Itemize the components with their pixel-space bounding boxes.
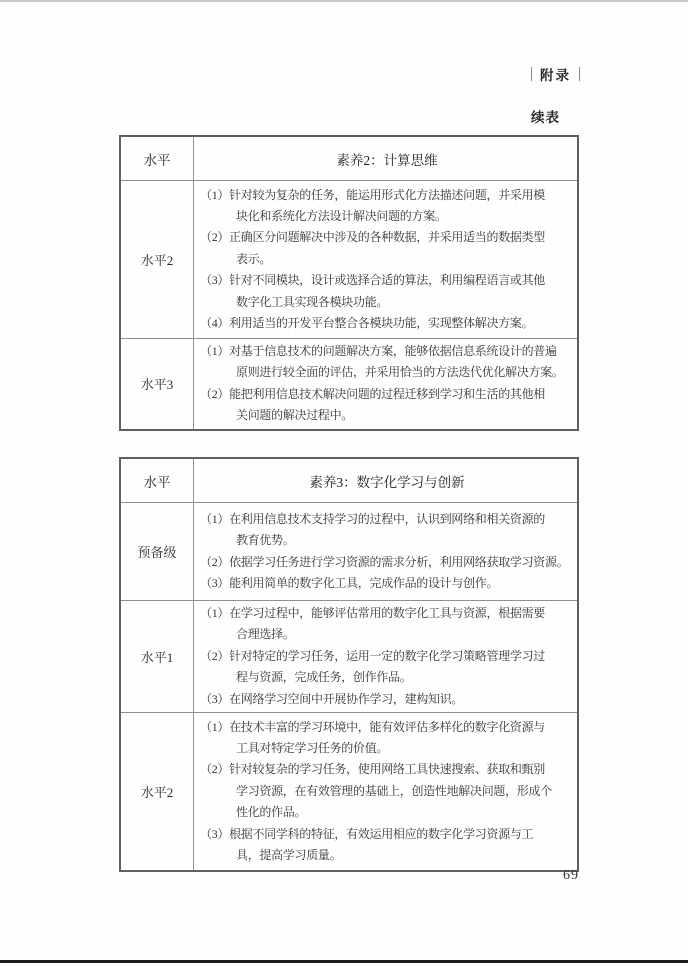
description-item: （3）针对不同模块，设计或选择合适的算法，利用编程语言或其他 数字化工具实现各模… bbox=[200, 270, 574, 313]
competency-column-header: 素养3：数字化学习与创新 bbox=[194, 459, 577, 502]
level-cell: 预备级 bbox=[121, 503, 194, 600]
scan-bottom-edge bbox=[0, 960, 688, 963]
competency-table-digital-learning: 水平 素养3：数字化学习与创新 预备级 （1）在利用信息技术支持学习的过程中，认… bbox=[119, 457, 579, 872]
page-number: 69 bbox=[563, 868, 579, 884]
divider-bar-icon bbox=[531, 67, 532, 81]
scan-top-edge bbox=[0, 0, 688, 2]
description-item: （2）能把利用信息技术解决问题的过程迁移到学习和生活的其他相 关问题的解决过程中… bbox=[200, 384, 574, 427]
competency-column-header: 素养2：计算思维 bbox=[194, 137, 577, 180]
document-page: 附录 续表 水平 素养2：计算思维 水平2 （1）针对较为复杂的任务，能运用形式… bbox=[0, 0, 688, 965]
description-cell: （1）在学习过程中，能够评估常用的数字化工具与资源，根据需要 合理选择。 （2）… bbox=[194, 601, 577, 712]
table-header-row: 水平 素养3：数字化学习与创新 bbox=[121, 459, 577, 502]
description-cell: （1）在利用信息技术支持学习的过程中，认识到网络和相关资源的 教育优势。 （2）… bbox=[194, 503, 577, 600]
description-item: （2）依据学习任务进行学习资源的需求分析，利用网络获取学习资源。 bbox=[200, 552, 574, 573]
description-item: （1）在学习过程中，能够评估常用的数字化工具与资源，根据需要 合理选择。 bbox=[200, 603, 574, 646]
table-header-row: 水平 素养2：计算思维 bbox=[121, 137, 577, 180]
description-item: （3）根据不同学科的特征，有效运用相应的数字化学习资源与工 具，提高学习质量。 bbox=[200, 824, 574, 867]
description-cell: （1）针对较为复杂的任务，能运用形式化方法描述问题，并采用模 块化和系统化方法设… bbox=[194, 181, 577, 338]
level-column-header: 水平 bbox=[121, 137, 194, 180]
level-cell: 水平1 bbox=[121, 601, 194, 712]
level-cell: 水平2 bbox=[121, 713, 194, 870]
description-item: （2）正确区分问题解决中涉及的各种数据，并采用适当的数据类型 表示。 bbox=[200, 227, 574, 270]
table-row: 水平2 （1）在技术丰富的学习环境中，能有效评估多样化的数字化资源与 工具对特定… bbox=[121, 712, 577, 870]
running-head: 附录 bbox=[531, 64, 580, 84]
description-item: （1）在技术丰富的学习环境中，能有效评估多样化的数字化资源与 工具对特定学习任务… bbox=[200, 717, 574, 760]
description-cell: （1）在技术丰富的学习环境中，能有效评估多样化的数字化资源与 工具对特定学习任务… bbox=[194, 713, 577, 870]
continued-table-label: 续表 bbox=[531, 106, 560, 126]
description-item: （1）针对较为复杂的任务，能运用形式化方法描述问题，并采用模 块化和系统化方法设… bbox=[200, 185, 574, 228]
description-item: （2）针对特定的学习任务，运用一定的数字化学习策略管理学习过 程与资源，完成任务… bbox=[200, 646, 574, 689]
competency-table-computational-thinking: 水平 素养2：计算思维 水平2 （1）针对较为复杂的任务，能运用形式化方法描述问… bbox=[119, 135, 579, 431]
description-cell: （1）对基于信息技术的问题解决方案，能够依据信息系统设计的普遍 原则进行较全面的… bbox=[194, 339, 577, 429]
description-item: （1）对基于信息技术的问题解决方案，能够依据信息系统设计的普遍 原则进行较全面的… bbox=[200, 341, 574, 384]
level-cell: 水平3 bbox=[121, 339, 194, 429]
level-column-header: 水平 bbox=[121, 459, 194, 502]
description-item: （4）利用适当的开发平台整合各模块功能，实现整体解决方案。 bbox=[200, 313, 574, 334]
table-row: 水平1 （1）在学习过程中，能够评估常用的数字化工具与资源，根据需要 合理选择。… bbox=[121, 600, 577, 712]
description-item: （3）能利用简单的数字化工具，完成作品的设计与创作。 bbox=[200, 573, 574, 594]
running-head-title: 附录 bbox=[540, 64, 571, 84]
table-row: 预备级 （1）在利用信息技术支持学习的过程中，认识到网络和相关资源的 教育优势。… bbox=[121, 502, 577, 600]
description-item: （3）在网络学习空间中开展协作学习，建构知识。 bbox=[200, 689, 574, 710]
divider-bar-icon bbox=[579, 67, 580, 81]
table-row: 水平3 （1）对基于信息技术的问题解决方案，能够依据信息系统设计的普遍 原则进行… bbox=[121, 338, 577, 429]
description-item: （1）在利用信息技术支持学习的过程中，认识到网络和相关资源的 教育优势。 bbox=[200, 509, 574, 552]
table-row: 水平2 （1）针对较为复杂的任务，能运用形式化方法描述问题，并采用模 块化和系统… bbox=[121, 180, 577, 338]
level-cell: 水平2 bbox=[121, 181, 194, 338]
description-item: （2）针对较复杂的学习任务，使用网络工具快速搜索、获取和甄别 学习资源，在有效管… bbox=[200, 759, 574, 823]
